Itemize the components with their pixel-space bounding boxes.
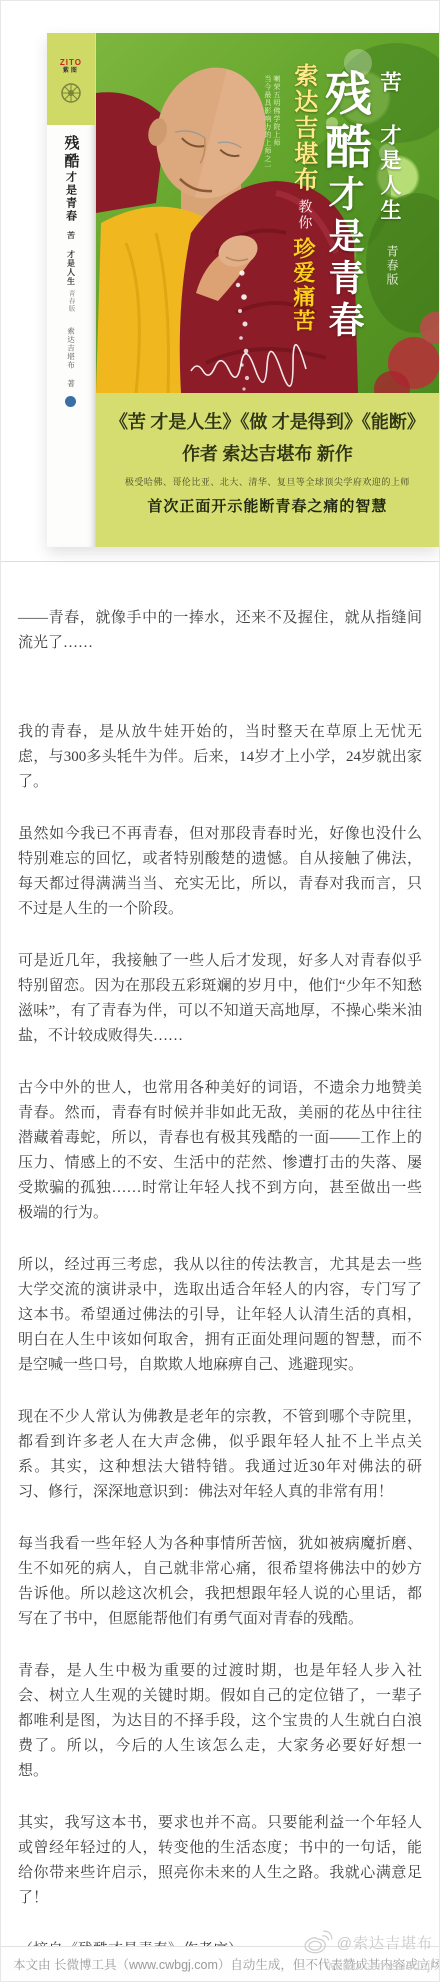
band-credential-line: 极受哈佛、哥伦比亚、北大、清华、复旦等全球顶尖学府欢迎的上师 (125, 475, 410, 488)
weibo-watermark: @索达吉堪布 weibo.com/suodaji (303, 1930, 433, 1973)
cover-main-title-small: 才是青春 (324, 175, 364, 343)
band-previous-works: 《苦 才是人生》《做 才是得到》《能断》 (110, 408, 425, 434)
band-author-line: 作者 索达吉堪布 新作 (182, 440, 353, 466)
book-cover-section: ZITO 紫图 (1, 1, 439, 562)
cover-bottom-band: 《苦 才是人生》《做 才是得到》《能断》 作者 索达吉堪布 新作 极受哈佛、哥伦… (96, 393, 439, 547)
cover-main-title: 残酷才是青春 (320, 69, 367, 343)
spine-subtitle: 苦 才是人生 (65, 231, 76, 286)
cover-corner-title: 苦 才是人生 (375, 71, 405, 224)
book-3d-render: ZITO 紫图 (47, 33, 439, 547)
article-paragraph: 每当我看一些年轻人为各种事情所苦恼，犹如被病魔折磨、生不如死的病人，自己就非常心… (18, 1532, 422, 1632)
spine-edition: 青春版 (66, 290, 75, 313)
watermark-handle: @索达吉堪布 (337, 1936, 433, 1953)
cover-tagline-lead: 教你 (293, 199, 313, 231)
cover-credential-1: 当今最具影响力的上师之一 (264, 75, 271, 171)
mandala-emblem-icon (60, 82, 82, 109)
zito-logo-cn: 紫图 (60, 68, 82, 75)
weibo-logo-icon (303, 1930, 333, 1959)
article-paragraph: 青春，是人生中极为重要的过渡时期，也是年轻人步入社会、树立人生观的关键时期。假如… (18, 1659, 422, 1784)
cover-author-column: 索达吉堪布 教你 珍爱痛苦 (286, 63, 321, 333)
article-paragraph: 古今中外的世人，也常用各种美好的词语，不遗余力地赞美青春。然而，青春有时候并非如… (18, 1076, 422, 1226)
spine-title-small: 才是青春 (64, 171, 76, 223)
spine-author: 索达吉堪布 著 (65, 327, 76, 388)
cover-main-title-big: 残酷 (318, 69, 370, 175)
publisher-logo-icon (65, 396, 76, 407)
cover-tagline: 珍爱痛苦 (288, 237, 319, 333)
watermark-url: weibo.com/suodaji (303, 1959, 433, 1973)
spine-title: 残酷才是青春 (60, 135, 81, 223)
band-slogan: 首次正面开示能断青春之痛的智慧 (147, 495, 387, 516)
cover-author: 索达吉堪布 (286, 63, 321, 193)
cover-corner-edition: 青春版 (384, 245, 401, 287)
article-paragraph: 可是近几年，我接触了一些人后才发现，好多人对青春似乎特别留恋。因为在那段五彩斑斓… (18, 949, 422, 1049)
spine-title-big: 残酷 (62, 135, 78, 171)
article-paragraph: 其实，我写这本书，要求也并不高。只要能利益一个年轻人或曾经年轻过的人，转变他的生… (18, 1811, 422, 1911)
zito-logo-text: ZITO (60, 58, 82, 67)
book-front-cover: 残酷才是青春 苦 才是人生 青春版 索达吉堪布 教你 珍爱痛苦 当今最具影响力的… (96, 33, 439, 547)
article-paragraph: 虽然如今我已不再青春，但对那段青春时光，好像也没什么特别难忘的回忆，或者特别酸楚… (18, 822, 422, 922)
monk-photo: 残酷才是青春 苦 才是人生 青春版 索达吉堪布 教你 珍爱痛苦 当今最具影响力的… (96, 33, 439, 393)
article-paragraph: ——青春，就像手中的一捧水，还来不及握住，就从指缝间流光了…… (18, 606, 422, 656)
article-paragraph: 现在不少人常认为佛教是老年的宗教，不管到哪个寺院里，都看到许多老人在大声念佛，似… (18, 1405, 422, 1505)
book-spine: ZITO 紫图 (47, 33, 96, 547)
spine-top-green-panel: ZITO 紫图 (47, 33, 95, 125)
cover-credential-2: 喇荣五明佛学院上师 (273, 75, 280, 171)
article-paragraph: 所以，经过再三考虑，我从以往的传法教言，尤其是去一些大学交流的演讲录中，选取出适… (18, 1253, 422, 1378)
cover-credentials: 当今最具影响力的上师之一 喇荣五明佛学院上师 (264, 75, 280, 171)
article-paragraph: 我的青春，是从放牛娃开始的，当时整天在草原上无忧无虑，与300多头牦牛为伴。后来… (18, 720, 422, 795)
long-weibo-image-page: ZITO 紫图 (0, 0, 440, 1982)
publisher-series-logo: ZITO 紫图 (60, 59, 82, 74)
article-body: ——青春，就像手中的一捧水，还来不及握住，就从指缝间流光了…… 我的青春，是从放… (1, 562, 439, 1963)
